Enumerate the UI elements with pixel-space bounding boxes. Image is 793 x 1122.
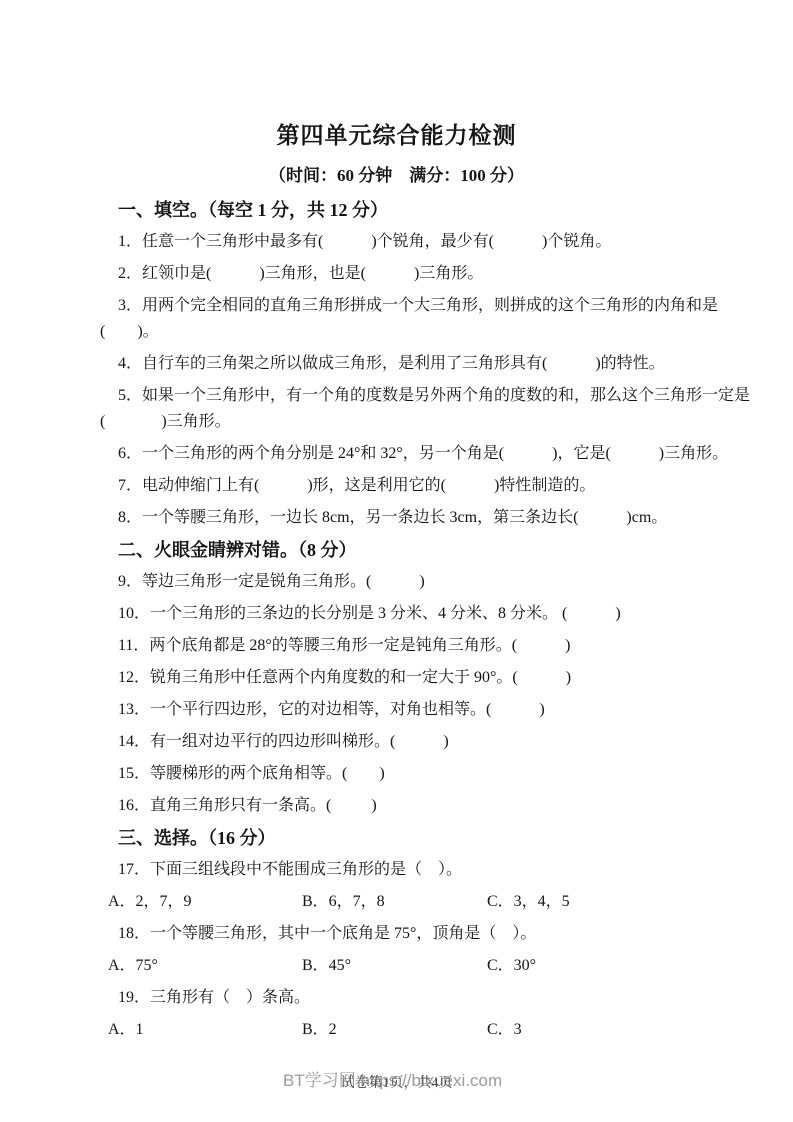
page-title: 第四单元综合能力检测 bbox=[100, 118, 693, 154]
question-17-option-b: B．6，7，8 bbox=[302, 889, 487, 915]
question-18: 18．一个等腰三角形，其中一个底角是 75°，顶角是（ ）。 bbox=[100, 921, 693, 947]
page-number-info: 试卷第1页，共4页 bbox=[0, 1072, 793, 1092]
section-heading-true-false: 二、火眼金睛辨对错。（8 分） bbox=[100, 537, 693, 563]
question-18-option-c: C．30° bbox=[487, 953, 693, 979]
question-17-option-a: A．2，7，9 bbox=[108, 889, 302, 915]
section-heading-multiple-choice: 三、选择。（16 分） bbox=[100, 825, 693, 851]
question-14: 14．有一组对边平行的四边形叫梯形。( ) bbox=[100, 729, 693, 755]
question-13: 13．一个平行四边形，它的对边相等，对角也相等。( ) bbox=[100, 697, 693, 723]
question-12: 12．锐角三角形中任意两个内角度数的和一定大于 90°。( ) bbox=[100, 665, 693, 691]
question-9: 9．等边三角形一定是锐角三角形。( ) bbox=[100, 569, 693, 595]
question-2: 2．红领巾是( )三角形，也是( )三角形。 bbox=[100, 261, 693, 287]
question-17-options: A．2，7，9 B．6，7，8 C．3，4，5 bbox=[100, 889, 693, 915]
question-16: 16．直角三角形只有一条高。( ) bbox=[100, 793, 693, 819]
question-17: 17．下面三组线段中不能围成三角形的是（ ）。 bbox=[100, 857, 693, 883]
question-19-option-c: C．3 bbox=[487, 1017, 693, 1043]
test-paper-page: 第四单元综合能力检测 （时间：60 分钟 满分：100 分） 一、填空。（每空 … bbox=[0, 0, 793, 1122]
question-11: 11．两个底角都是 28°的等腰三角形一定是钝角三角形。( ) bbox=[100, 633, 693, 659]
question-18-option-b: B．45° bbox=[302, 953, 487, 979]
question-18-options: A．75° B．45° C．30° bbox=[100, 953, 693, 979]
question-5: 5．如果一个三角形中，有一个角的度数是另外两个角的度数的和，那么这个三角形一定是… bbox=[100, 383, 693, 435]
question-19-options: A．1 B．2 C．3 bbox=[100, 1017, 693, 1043]
question-15: 15．等腰梯形的两个底角相等。( ) bbox=[100, 761, 693, 787]
question-8: 8．一个等腰三角形，一边长 8cm，另一条边长 3cm，第三条边长( )cm。 bbox=[100, 505, 693, 531]
question-10: 10．一个三角形的三条边的长分别是 3 分米、4 分米、8 分米。 ( ) bbox=[100, 601, 693, 627]
question-18-option-a: A．75° bbox=[108, 953, 302, 979]
question-19-option-a: A．1 bbox=[108, 1017, 302, 1043]
section-heading-fill-in-blanks: 一、填空。（每空 1 分，共 12 分） bbox=[100, 197, 693, 223]
question-7: 7．电动伸缩门上有( )形，这是利用它的( )特性制造的。 bbox=[100, 473, 693, 499]
question-19: 19．三角形有（ ）条高。 bbox=[100, 985, 693, 1011]
question-19-option-b: B．2 bbox=[302, 1017, 487, 1043]
question-1: 1．任意一个三角形中最多有( )个锐角，最少有( )个锐角。 bbox=[100, 229, 693, 255]
page-subtitle: （时间：60 分钟 满分：100 分） bbox=[100, 163, 693, 189]
question-3: 3．用两个完全相同的直角三角形拼成一个大三角形，则拼成的这个三角形的内角和是 (… bbox=[100, 293, 693, 345]
question-6: 6．一个三角形的两个角分别是 24°和 32°，另一个角是( )，它是( )三角… bbox=[100, 441, 693, 467]
question-17-option-c: C．3，4，5 bbox=[487, 889, 693, 915]
question-4: 4．自行车的三角架之所以做成三角形，是利用了三角形具有( )的特性。 bbox=[100, 351, 693, 377]
